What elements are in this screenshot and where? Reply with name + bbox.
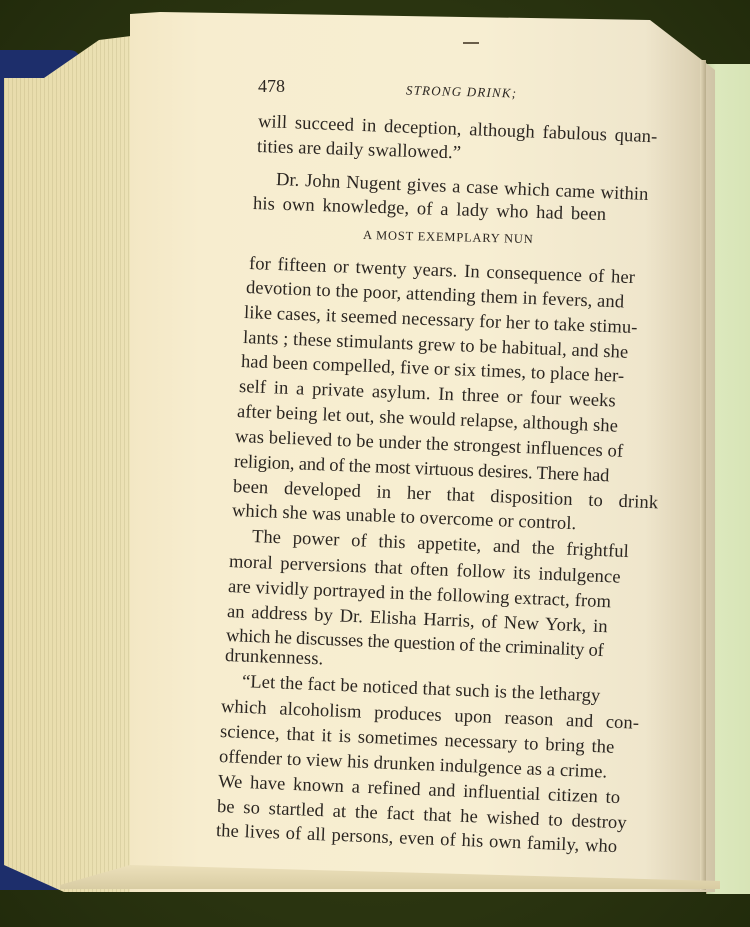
section-heading: A MOST EXEMPLARY NUN	[363, 228, 534, 247]
text-line: drunkenness.	[225, 646, 324, 670]
top-mark	[463, 42, 479, 44]
text-line: tities are daily swallowed.”	[257, 137, 462, 164]
page-text: 478 STRONG DRINK; will succeed in decept…	[0, 0, 750, 927]
page-number: 478	[258, 76, 285, 97]
running-head: STRONG DRINK;	[406, 82, 518, 101]
